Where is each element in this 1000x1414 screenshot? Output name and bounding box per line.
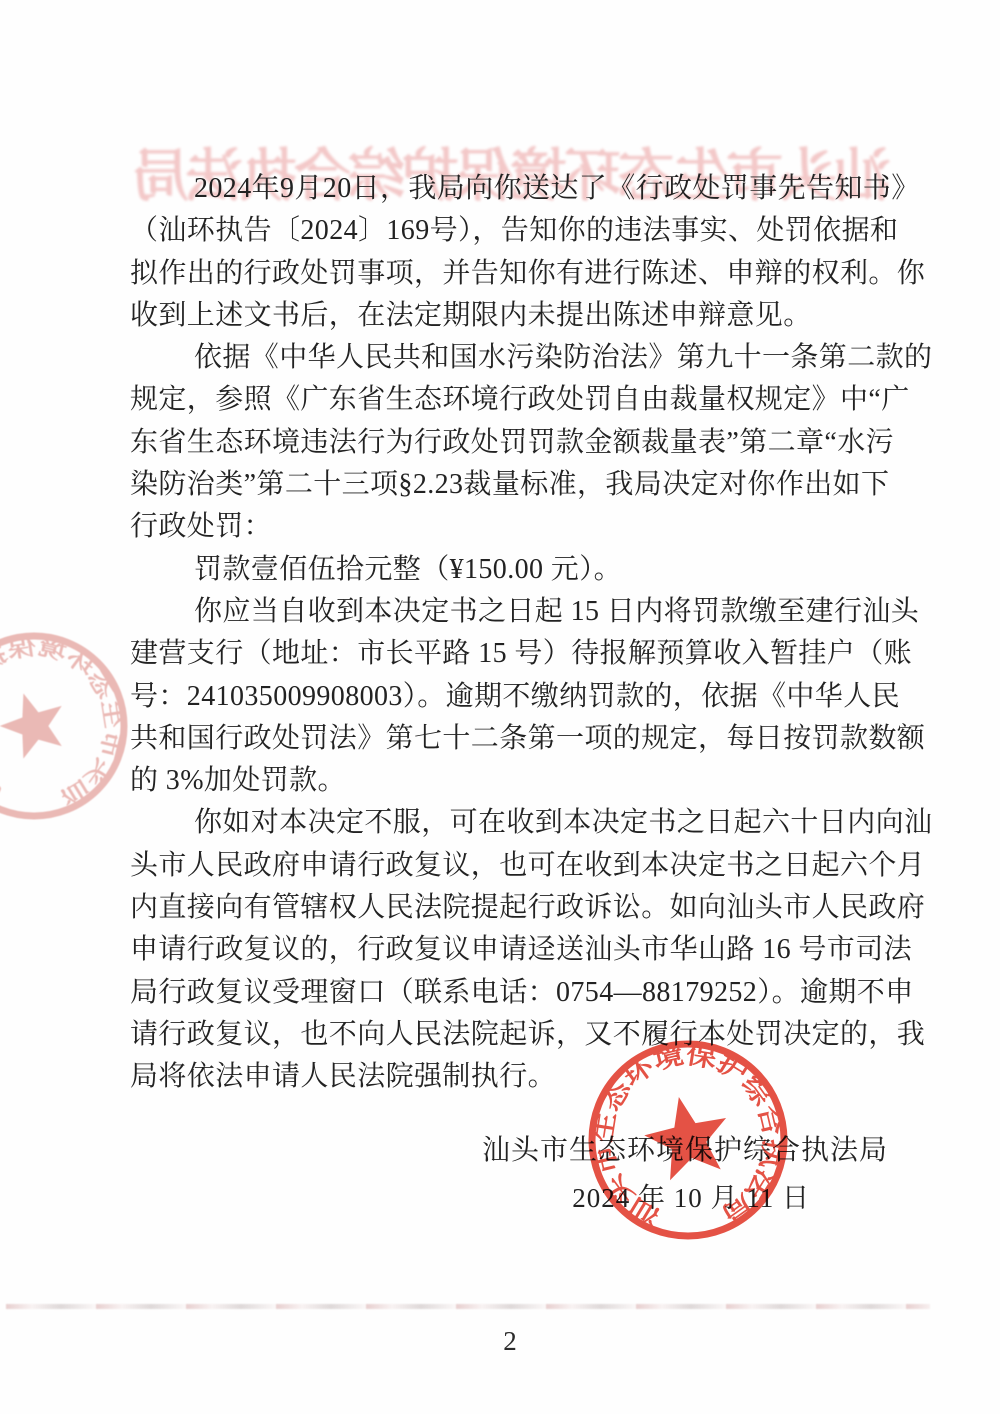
body-line: 罚款壹佰伍拾元整（¥150.00 元）。 <box>130 549 894 591</box>
body-line: 你应当自收到本决定书之日起 15 日内将罚款缴至建行汕头 <box>130 591 894 633</box>
body-line: 共和国行政处罚法》第七十二条第一项的规定，每日按罚款数额 <box>130 718 894 760</box>
body-line: 内直接向有管辖权人民法院提起行政诉讼。如向汕头市人民政府 <box>130 887 894 929</box>
body-line: 号：241035009908003）。逾期不缴纳罚款的，依据《中华人民 <box>130 676 894 718</box>
body-line: 你如对本决定不服，可在收到本决定书之日起六十日内向汕 <box>130 802 894 844</box>
body-line: 局行政复议受理窗口（联系电话：0754—88179252）。逾期不申 <box>130 972 894 1014</box>
body-line: 头市人民政府申请行政复议，也可在收到本决定书之日起六个月 <box>130 845 894 887</box>
body-line: 拟作出的行政处罚事项，并告知你有进行陈述、申辩的权利。你 <box>130 253 894 295</box>
body-line: 的 3%加处罚款。 <box>130 760 894 802</box>
scanned-document-page: 汕头市生态环境保护综合执法局 2024年9月20日，我局向你送达了《行政处罚事先… <box>0 0 1000 1414</box>
ghost-seal-star-icon <box>0 683 74 762</box>
body-line: 2024年9月20日，我局向你送达了《行政处罚事先告知书》 <box>130 168 894 210</box>
bleed-through-streak <box>6 1304 930 1309</box>
body-line: 收到上述文书后，在法定期限内未提出陈述申辩意见。 <box>130 295 894 337</box>
body-line: 行政处罚： <box>130 506 894 548</box>
bleed-through-seal: 汕头市生态环境保护综合执法局 <box>0 626 134 826</box>
body-line: （汕环执告〔2024〕169号），告知你的违法事实、处罚依据和 <box>130 210 894 252</box>
page-number: 2 <box>0 1326 1000 1357</box>
body-line: 规定，参照《广东省生态环境行政处罚自由裁量权规定》中“广 <box>130 379 894 421</box>
body-line: 染防治类”第二十三项§2.23裁量标准，我局决定对你作出如下 <box>130 464 894 506</box>
body-line: 依据《中华人民共和国水污染防治法》第九十一条第二款的 <box>130 337 894 379</box>
body-line: 申请行政复议的，行政复议申请迳送汕头市华山路 16 号市司法 <box>130 929 894 971</box>
body-line: 东省生态环境违法行为行政处罚罚款金额裁量表”第二章“水污 <box>130 422 894 464</box>
document-body: 2024年9月20日，我局向你送达了《行政处罚事先告知书》（汕环执告〔2024〕… <box>130 168 894 1099</box>
body-line: 建营支行（地址：市长平路 15 号）待报解预算收入暂挂户（账 <box>130 633 894 675</box>
official-seal: 汕头市生态环境保护综合执法局 <box>584 1036 792 1244</box>
seal-star-icon <box>638 1088 736 1183</box>
